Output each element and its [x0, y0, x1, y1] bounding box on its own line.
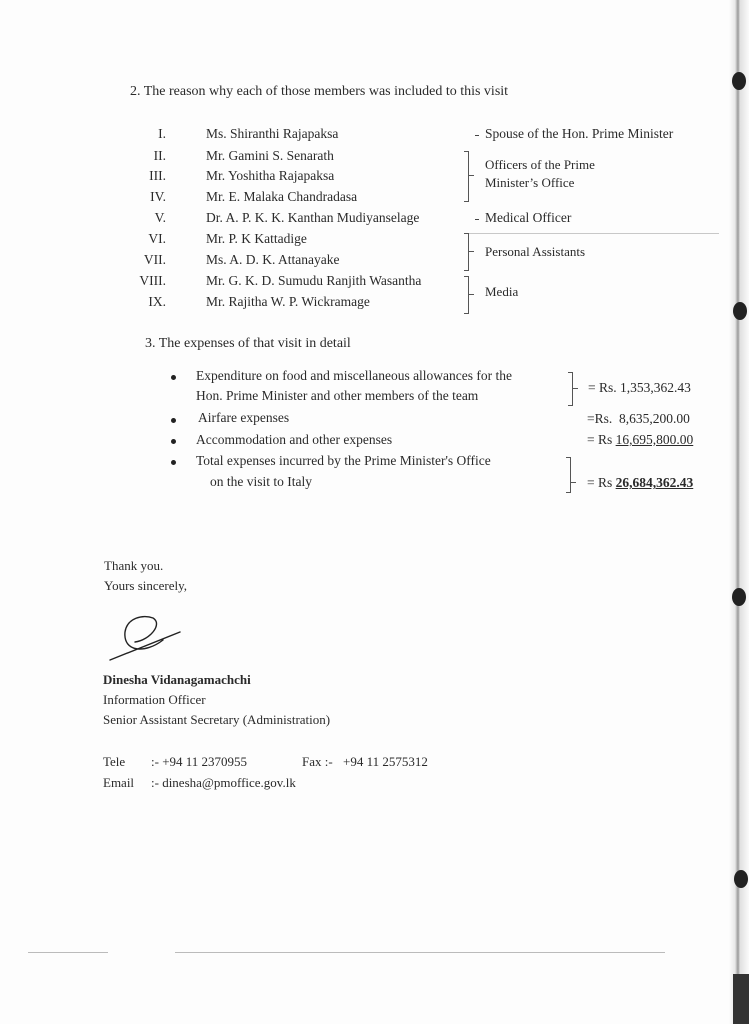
punch-hole-icon	[732, 588, 746, 606]
expense-label: Accommodation and other expenses	[196, 432, 392, 448]
expense-label-cont: on the visit to Italy	[210, 474, 312, 490]
bracket-officers	[464, 151, 469, 202]
member-name: Ms. Shiranthi Rajapaksa	[206, 126, 338, 142]
member-numeral: III.	[126, 168, 166, 184]
expense-label: Total expenses incurred by the Prime Min…	[196, 453, 491, 469]
member-numeral: II.	[126, 148, 166, 164]
member-numeral: VIII.	[126, 273, 166, 289]
expense-amount: =Rs. 8,635,200.00	[587, 411, 690, 427]
signatory-title-2: Senior Assistant Secretary (Administrati…	[103, 712, 330, 728]
dash-marker	[475, 135, 479, 136]
expense-total-amount: = Rs 26,684,362.43	[587, 475, 693, 491]
expense-amount: = Rs 16,695,800.00	[587, 432, 693, 448]
member-numeral: I.	[126, 126, 166, 142]
member-numeral: VII.	[126, 252, 166, 268]
expense-label-cont: Hon. Prime Minister and other members of…	[196, 388, 478, 404]
member-numeral: V.	[126, 210, 166, 226]
bracket-assistants	[464, 233, 469, 271]
member-name: Mr. Yoshitha Rajapaksa	[206, 168, 334, 184]
expense-label: Expenditure on food and miscellaneous al…	[196, 368, 512, 384]
footer-rule	[175, 952, 665, 953]
member-name: Mr. P. K Kattadige	[206, 231, 307, 247]
reason-spouse: Spouse of the Hon. Prime Minister	[485, 126, 673, 142]
reason-officers-line2: Minister’s Office	[485, 175, 574, 191]
member-name: Mr. G. K. D. Sumudu Ranjith Wasantha	[206, 273, 421, 289]
punch-hole-icon	[732, 72, 746, 90]
binding-edge-shadow	[733, 974, 749, 1024]
punch-hole-icon	[733, 302, 747, 320]
reason-media: Media	[485, 284, 518, 300]
member-numeral: VI.	[126, 231, 166, 247]
section-2-heading: 2. The reason why each of those members …	[130, 84, 508, 100]
bracket-media	[464, 276, 469, 314]
expense-label: Airfare expenses	[198, 410, 289, 426]
bullet-icon	[171, 460, 176, 465]
dash-marker	[475, 219, 479, 220]
signatory-title-1: Information Officer	[103, 692, 206, 708]
signatory-name: Dinesha Vidanagamachchi	[103, 672, 251, 688]
member-name: Ms. A. D. K. Attanayake	[206, 252, 339, 268]
reason-medical: Medical Officer	[485, 210, 571, 226]
punch-hole-icon	[734, 870, 748, 888]
bracket-icon	[568, 372, 573, 406]
bullet-icon	[171, 418, 176, 423]
fax-value: +94 11 2575312	[343, 754, 428, 770]
bracket-icon	[566, 457, 571, 493]
section-3-heading: 3. The expenses of that visit in detail	[145, 336, 351, 352]
reason-assistants: Personal Assistants	[485, 244, 585, 260]
email-label: Email	[103, 775, 134, 791]
expense-amount: = Rs. 1,353,362.43	[588, 380, 691, 396]
closing-sincerely: Yours sincerely,	[104, 578, 187, 594]
scan-line	[469, 233, 719, 234]
signature-icon	[105, 612, 195, 662]
member-name: Mr. E. Malaka Chandradasa	[206, 189, 357, 205]
fax-label: Fax :-	[302, 754, 333, 770]
tele-label: Tele	[103, 754, 125, 770]
closing-thanks: Thank you.	[104, 558, 163, 574]
member-name: Mr. Rajitha W. P. Wickramage	[206, 294, 370, 310]
member-numeral: IX.	[126, 294, 166, 310]
member-name: Dr. A. P. K. K. Kanthan Mudiyanselage	[206, 210, 419, 226]
tele-value: :- +94 11 2370955	[151, 754, 247, 770]
footer-rule	[28, 952, 108, 953]
reason-officers-line1: Officers of the Prime	[485, 157, 595, 173]
member-name: Mr. Gamini S. Senarath	[206, 148, 334, 164]
email-value[interactable]: :- dinesha@pmoffice.gov.lk	[151, 775, 296, 791]
bullet-icon	[171, 375, 176, 380]
member-numeral: IV.	[126, 189, 166, 205]
bullet-icon	[171, 439, 176, 444]
